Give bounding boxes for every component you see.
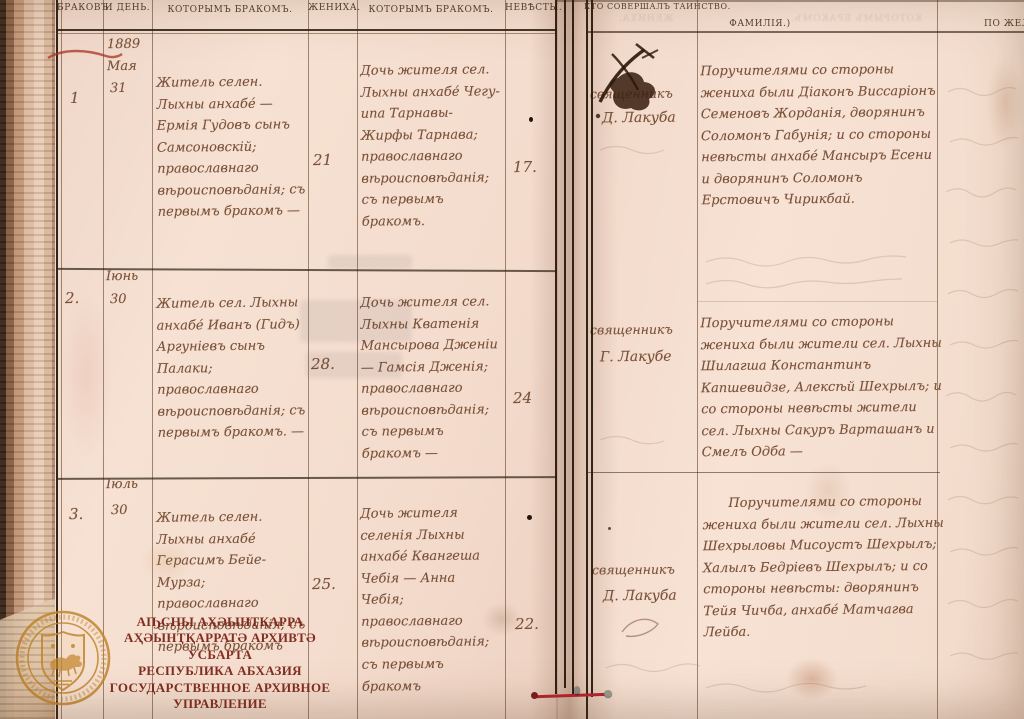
ink-dot <box>529 117 533 122</box>
bleed-through-print-block <box>306 352 402 378</box>
bleed-through-print-block <box>300 300 412 342</box>
column-line <box>152 0 153 719</box>
ink-blot <box>580 28 700 138</box>
entry-date-month: Іюнь <box>106 266 138 288</box>
header-who-performed-sacrament: КТО СОВЕРШАЛЪ ТАИНСТВО. <box>584 2 714 11</box>
binding-thread <box>572 0 574 694</box>
witnesses-text: Поручителями со стороны жениха были жите… <box>700 311 944 465</box>
bride-age: 24 <box>513 386 532 411</box>
header-bride-age: НЕВѢСТЫ. <box>505 3 556 13</box>
binding-pin <box>604 690 612 697</box>
binding-pin <box>574 686 580 694</box>
binding-thread <box>555 0 557 694</box>
header-bride-which-marriage: КОТОРЫМЪ БРАКОМЪ. <box>357 5 505 15</box>
row-separator <box>588 472 940 473</box>
binding-thread-knot <box>531 692 538 699</box>
paper-stain <box>986 58 1024 148</box>
bleed-through-header: КОТОРЫМЪ БРАКОМЪ. <box>790 14 922 24</box>
binding-thread <box>564 0 566 688</box>
paper-stain <box>786 658 838 700</box>
watermark-line: УСБАРТА <box>88 647 352 663</box>
entry-number: 1 <box>70 86 80 111</box>
archival-book-scan: БРАКОВЪ. И ДЕНЬ. КОТОРЫМЪ БРАКОМЪ. ЖЕНИХ… <box>0 0 1024 719</box>
groom-description: Житель селен. Лыхны анхабе́ — Ермія Гудо… <box>156 71 306 224</box>
header-marriage-count: БРАКОВЪ. <box>57 3 103 13</box>
entry-date-month: Іюль <box>106 474 138 496</box>
header-rule <box>57 29 556 31</box>
paper-stain <box>804 462 852 520</box>
header-groom-which-marriage: КОТОРЫМЪ БРАКОМЪ. <box>152 5 308 15</box>
red-pen-mark <box>44 44 124 68</box>
paper-stain <box>60 290 112 460</box>
ink-dot <box>608 527 611 530</box>
entry-date-day: 30 <box>110 289 127 311</box>
watermark-line: АҲӘЫНҬҚАРРАТӘ АРХИВТӘ <box>88 630 352 646</box>
bleed-through-header: ЖЕНИХА. <box>618 14 673 24</box>
entry-date-day: 31 <box>110 78 127 100</box>
groom-age: 21 <box>313 148 332 173</box>
bride-description: Дочь жителя сел. Лыхны анхабе́ Чегу-ипа … <box>360 59 502 233</box>
binding-thread <box>591 0 593 697</box>
entry-number: 3. <box>69 502 84 527</box>
priest-signature: Д. Лакуба <box>603 585 677 609</box>
header-by-wish: ПО ЖЕЛАН <box>984 19 1024 29</box>
watermark-line: ГОСУДАРСТВЕННОЕ АРХИВНОЕ <box>88 680 352 696</box>
entry-date-day: 30 <box>111 500 128 522</box>
bride-age: 17. <box>513 155 537 180</box>
watermark-line: АҦСНЫ АҲӘЫНҬҚАРРА <box>88 614 352 630</box>
header-month-day: И ДЕНЬ. <box>103 3 152 13</box>
priest-title: священникъ <box>590 320 673 342</box>
bride-description: Дочь жителя селенія Лыхны анхабе́ Кванге… <box>360 502 502 698</box>
watermark-line: РЕСПУБЛИКА АБХАЗИЯ <box>88 663 352 679</box>
paper-stain <box>482 602 522 636</box>
priest-signature: Г. Лакубе <box>600 346 672 370</box>
bleed-through-print-block <box>328 255 412 269</box>
groom-age: 25. <box>312 572 336 597</box>
header-groom-age: ЖЕНИХА. <box>308 3 357 13</box>
row-separator <box>697 301 937 302</box>
priest-title: священникъ <box>592 560 675 582</box>
groom-description: Житель сел. Лыхны анхабе́ Иванъ (Гидъ) А… <box>156 292 306 445</box>
paper-stain <box>140 540 192 584</box>
archive-watermark-text: АҦСНЫ АҲӘЫНҬҚАРРА АҲӘЫНҬҚАРРАТӘ АРХИВТӘ … <box>88 614 352 712</box>
witnesses-text: Поручителями со стороны жениха были Діак… <box>700 59 942 213</box>
ink-dot <box>527 515 532 520</box>
signature-flourish <box>618 612 668 642</box>
watermark-line: УПРАВЛЕНИЕ <box>88 696 352 712</box>
